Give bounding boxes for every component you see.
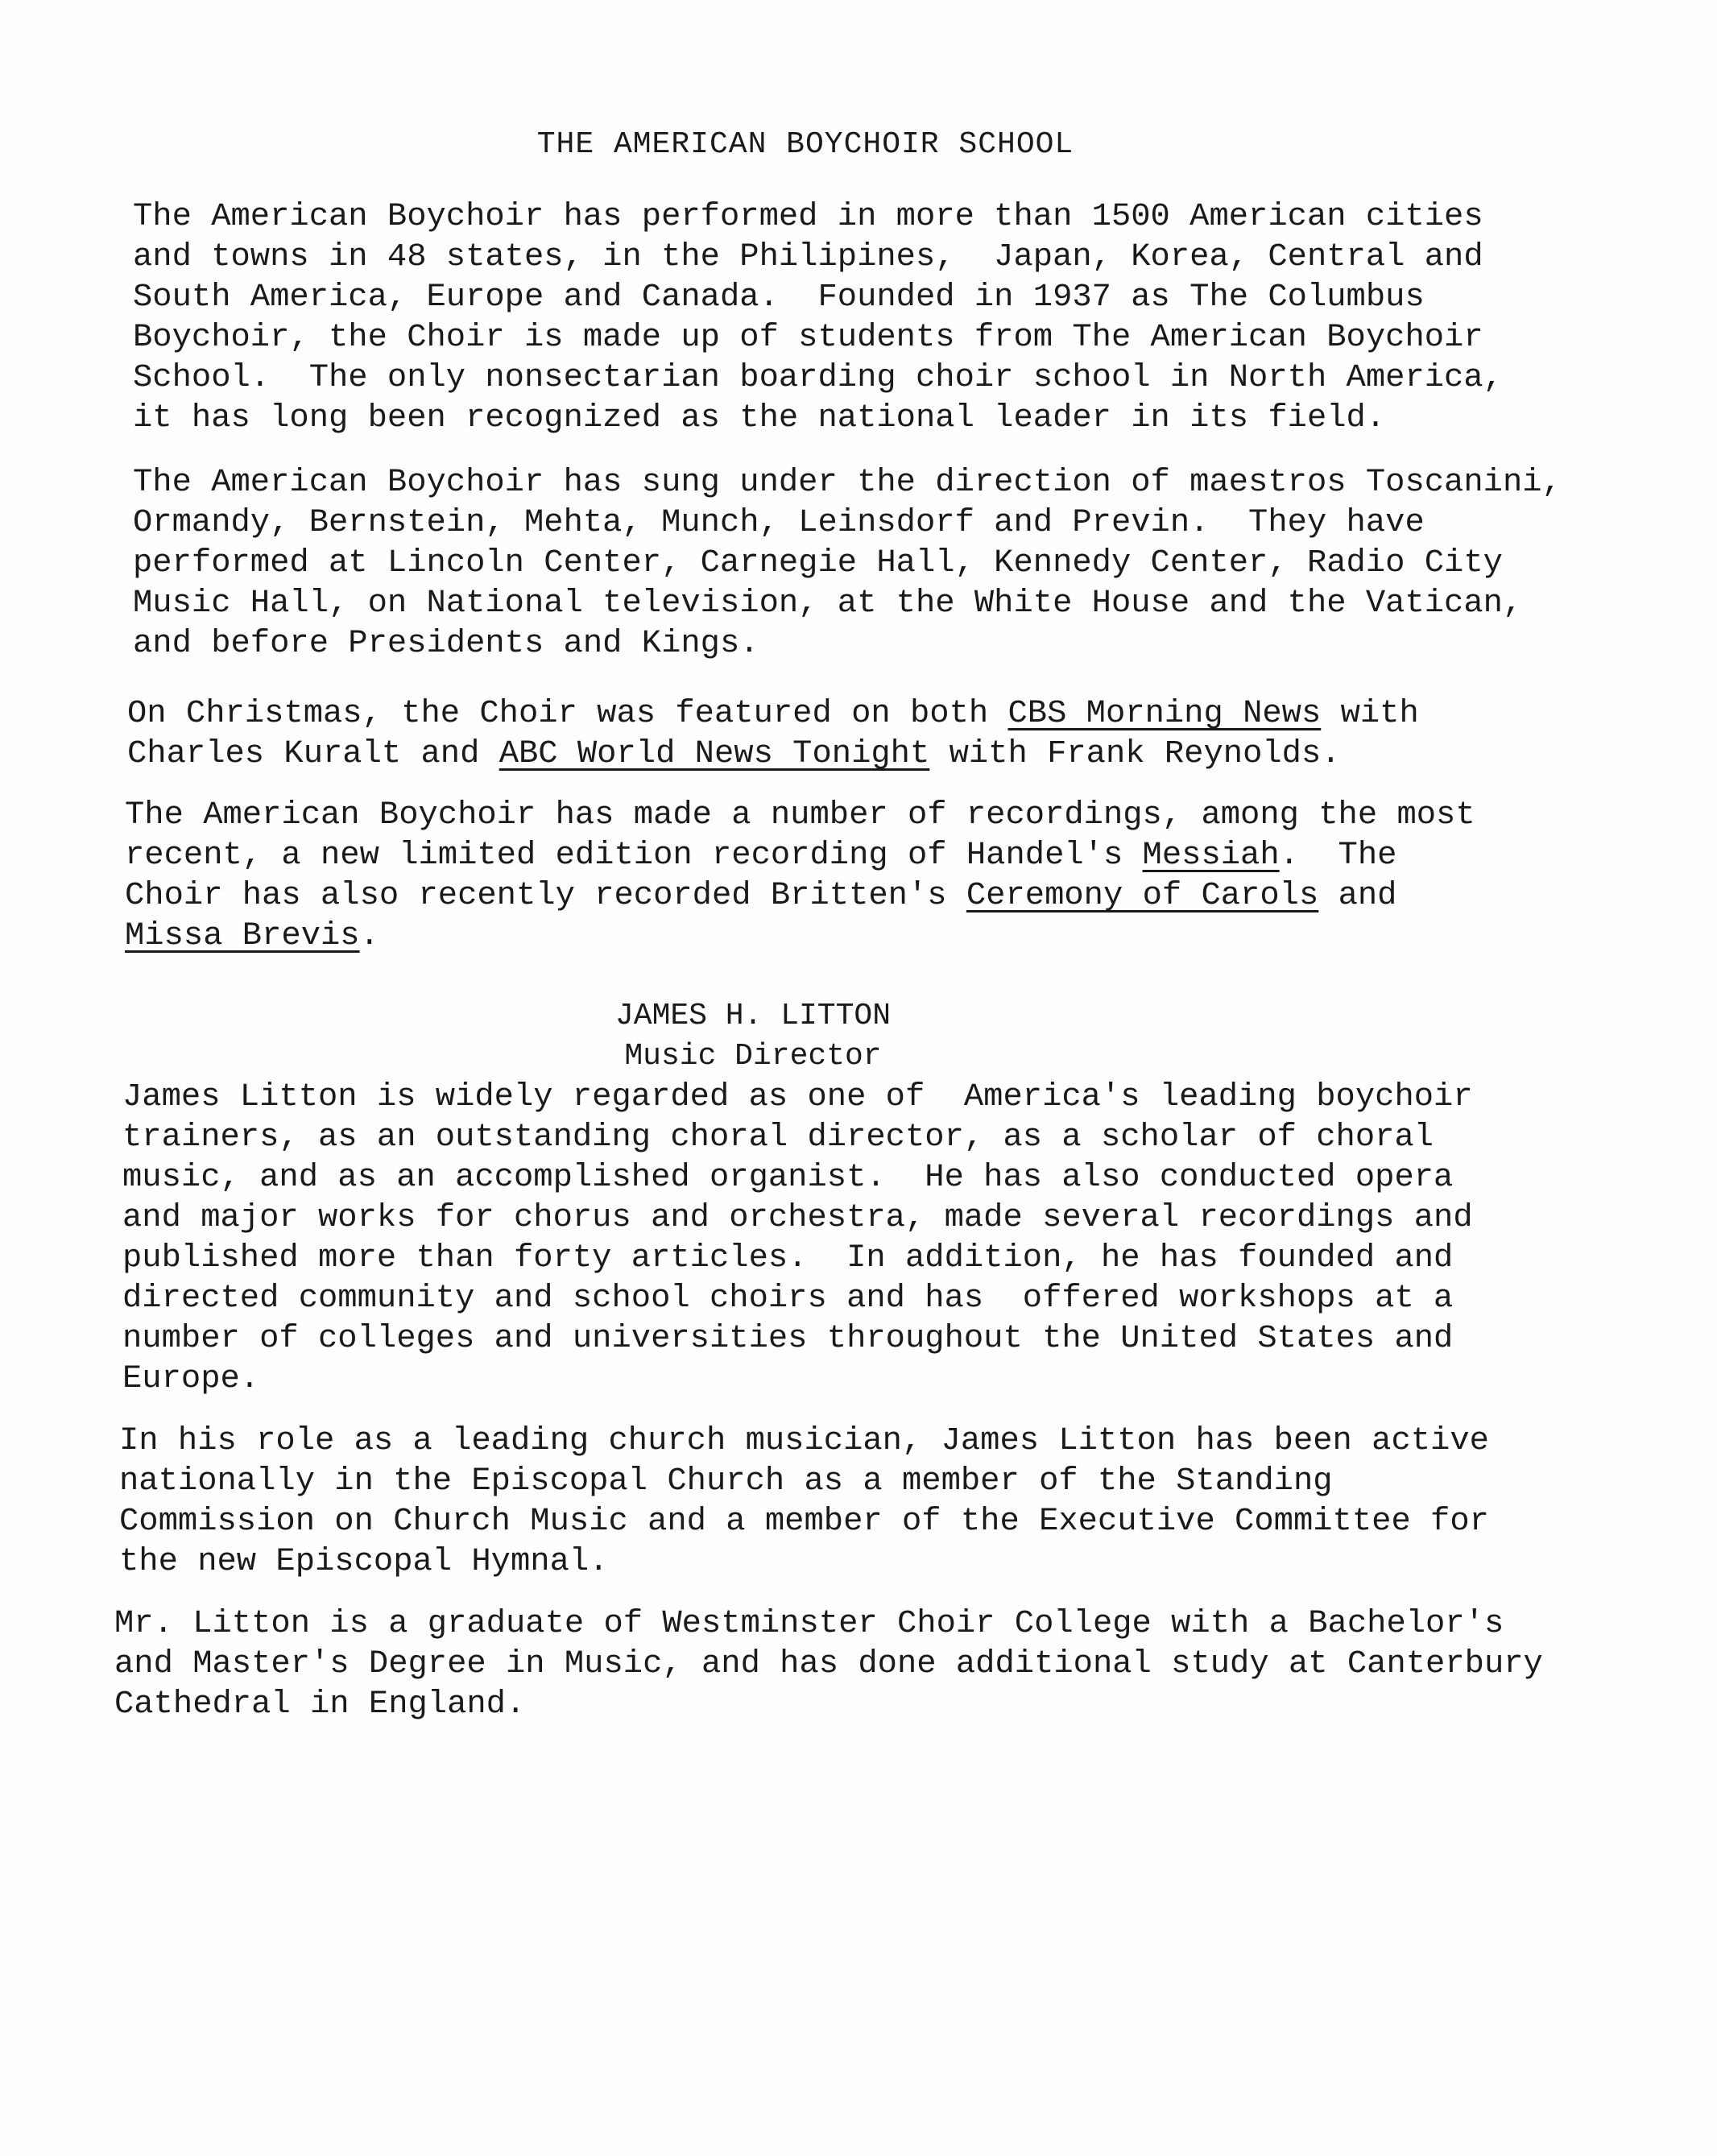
text-segment: . The — [1280, 838, 1397, 874]
text-line: number of colleges and universities thro… — [122, 1319, 1473, 1359]
text-line: Europe. — [122, 1359, 1473, 1400]
text-segment: Ormandy, Bernstein, Mehta, Munch, Leinsd… — [133, 505, 1425, 541]
text-segment: The American Boychoir has performed in m… — [133, 199, 1483, 235]
text-line: and major works for chorus and orchestra… — [122, 1198, 1473, 1239]
text-segment: The American Boychoir has made a number … — [125, 797, 1475, 834]
text-segment: and before Presidents and Kings. — [133, 626, 759, 662]
text-segment: and — [1318, 878, 1396, 914]
text-segment: and towns in 48 states, in the Philipine… — [133, 239, 1483, 275]
text-line: The American Boychoir has made a number … — [125, 796, 1475, 836]
paragraph-bio: James Litton is widely regarded as one o… — [122, 1078, 1473, 1400]
text-line: Music Hall, on National television, at t… — [133, 584, 1562, 624]
text-segment: Commission on Church Music and a member … — [119, 1504, 1489, 1540]
underlined-title: ABC World News Tonight — [499, 736, 930, 772]
text-segment: James Litton is widely regarded as one o… — [122, 1079, 1473, 1115]
text-segment: Music Hall, on National television, at t… — [133, 586, 1522, 622]
text-line: music, and as an accomplished organist. … — [122, 1158, 1473, 1198]
text-line: In his role as a leading church musician… — [119, 1421, 1489, 1462]
text-segment: Cathedral in England. — [114, 1686, 525, 1723]
text-line: James Litton is widely regarded as one o… — [122, 1078, 1473, 1118]
text-line: and Master's Degree in Music, and has do… — [114, 1645, 1543, 1685]
text-line: Missa Brevis. — [125, 917, 1475, 957]
director-name: JAMES H. LITTON — [0, 999, 1506, 1033]
text-line: recent, a new limited edition recording … — [125, 836, 1475, 876]
underlined-title: Messiah — [1143, 838, 1280, 874]
text-segment: On Christmas, the Choir was featured on … — [127, 696, 1007, 732]
text-segment: Europe. — [122, 1361, 259, 1397]
paragraph-performances: The American Boychoir has performed in m… — [133, 197, 1503, 439]
text-line: it has long been recognized as the natio… — [133, 399, 1503, 439]
director-role: Music Director — [0, 1039, 1506, 1074]
text-segment: . — [360, 918, 379, 954]
text-segment: it has long been recognized as the natio… — [133, 400, 1385, 437]
text-line: published more than forty articles. In a… — [122, 1239, 1473, 1279]
text-line: Cathedral in England. — [114, 1685, 1543, 1725]
text-line: Mr. Litton is a graduate of Westminster … — [114, 1604, 1543, 1645]
text-segment: The American Boychoir has sung under the… — [133, 465, 1562, 501]
text-segment: Choir has also recently recorded Britten… — [125, 878, 966, 914]
paragraph-christmas: On Christmas, the Choir was featured on … — [127, 694, 1419, 775]
text-segment: number of colleges and universities thro… — [122, 1321, 1453, 1357]
text-line: Commission on Church Music and a member … — [119, 1502, 1489, 1542]
text-line: and towns in 48 states, in the Philipine… — [133, 238, 1503, 278]
text-segment: South America, Europe and Canada. Founde… — [133, 279, 1425, 316]
text-segment: and major works for chorus and orchestra… — [122, 1200, 1473, 1236]
text-line: Boychoir, the Choir is made up of studen… — [133, 318, 1503, 358]
document-page: THE AMERICAN BOYCHOIR SCHOOL The America… — [0, 0, 1717, 2156]
text-segment: with — [1321, 696, 1419, 732]
text-line: Ormandy, Bernstein, Mehta, Munch, Leinsd… — [133, 503, 1562, 544]
text-line: South America, Europe and Canada. Founde… — [133, 278, 1503, 318]
text-segment: trainers, as an outstanding choral direc… — [122, 1119, 1434, 1156]
text-line: Choir has also recently recorded Britten… — [125, 876, 1475, 917]
text-segment: performed at Lincoln Center, Carnegie Ha… — [133, 545, 1503, 581]
document-title: THE AMERICAN BOYCHOIR SCHOOL — [0, 127, 1611, 162]
text-line: and before Presidents and Kings. — [133, 624, 1562, 664]
text-segment: Charles Kuralt and — [127, 736, 499, 772]
text-segment: and Master's Degree in Music, and has do… — [114, 1646, 1543, 1682]
paragraph-education: Mr. Litton is a graduate of Westminster … — [114, 1604, 1543, 1725]
text-line: The American Boychoir has performed in m… — [133, 197, 1503, 238]
text-line: The American Boychoir has sung under the… — [133, 463, 1562, 503]
paragraph-church: In his role as a leading church musician… — [119, 1421, 1489, 1583]
text-segment: with Frank Reynolds. — [929, 736, 1340, 772]
underlined-title: CBS Morning News — [1007, 696, 1321, 732]
paragraph-maestros: The American Boychoir has sung under the… — [133, 463, 1562, 664]
text-segment: the new Episcopal Hymnal. — [119, 1544, 608, 1580]
text-line: nationally in the Episcopal Church as a … — [119, 1462, 1489, 1502]
text-segment: In his role as a leading church musician… — [119, 1423, 1489, 1459]
text-segment: recent, a new limited edition recording … — [125, 838, 1143, 874]
underlined-title: Ceremony of Carols — [966, 878, 1318, 914]
text-line: School. The only nonsectarian boarding c… — [133, 358, 1503, 399]
paragraph-recordings: The American Boychoir has made a number … — [125, 796, 1475, 957]
text-line: trainers, as an outstanding choral direc… — [122, 1118, 1473, 1158]
text-segment: music, and as an accomplished organist. … — [122, 1160, 1453, 1196]
text-segment: School. The only nonsectarian boarding c… — [133, 360, 1503, 396]
text-segment: Boychoir, the Choir is made up of studen… — [133, 320, 1483, 356]
text-line: directed community and school choirs and… — [122, 1279, 1473, 1319]
text-segment: directed community and school choirs and… — [122, 1281, 1453, 1317]
text-segment: published more than forty articles. In a… — [122, 1240, 1453, 1277]
underlined-title: Missa Brevis — [125, 918, 360, 954]
text-segment: Mr. Litton is a graduate of Westminster … — [114, 1606, 1504, 1642]
text-line: Charles Kuralt and ABC World News Tonigh… — [127, 735, 1419, 775]
text-line: performed at Lincoln Center, Carnegie Ha… — [133, 544, 1562, 584]
text-line: the new Episcopal Hymnal. — [119, 1542, 1489, 1583]
text-segment: nationally in the Episcopal Church as a … — [119, 1463, 1333, 1500]
text-line: On Christmas, the Choir was featured on … — [127, 694, 1419, 735]
